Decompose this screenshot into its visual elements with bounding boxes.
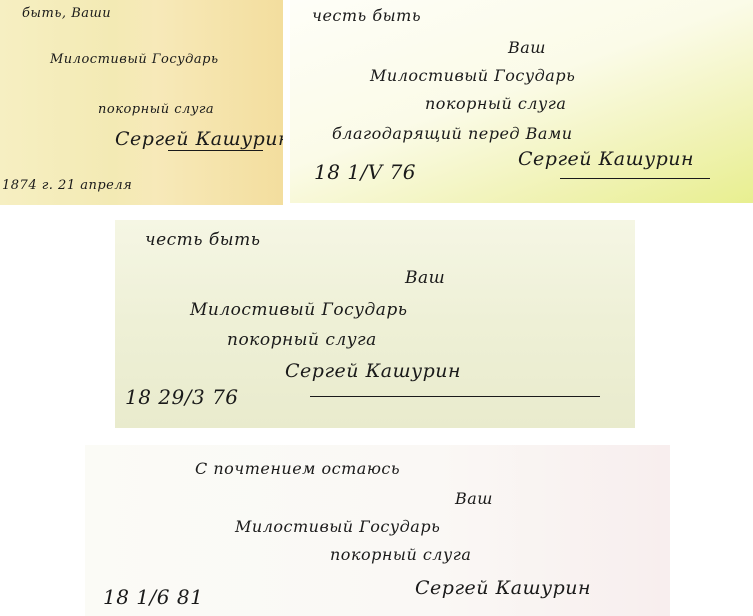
letter-fragment-4: С почтением остаюсь Ваш Милостивый Госуд… <box>85 445 670 616</box>
letter-fragment-1: быть, Ваши Милостивый Государь покорный … <box>0 0 283 205</box>
signature: Сергей Кашурин <box>285 360 461 382</box>
servant-line: покорный слуга <box>98 102 214 117</box>
salutation-line: Милостивый Государь <box>235 517 440 536</box>
date: 18 1/V 76 <box>314 160 416 184</box>
servant-line: покорный слуга <box>227 330 377 350</box>
signature-underline <box>560 178 710 179</box>
closing-line: честь быть <box>312 6 421 25</box>
signature-underline <box>168 150 263 151</box>
signature-underline <box>310 396 600 397</box>
letter-fragment-2: честь быть Ваш Милостивый Государь покор… <box>290 0 753 203</box>
salutation-line: Милостивый Государь <box>190 300 408 320</box>
closing-line: Ваш <box>405 268 445 288</box>
salutation-line: Милостивый Государь <box>370 66 575 85</box>
date: 18 29/3 76 <box>125 385 239 409</box>
closing-line: быть, Ваши <box>22 6 111 21</box>
date: 1874 г. 21 апреля <box>2 178 132 193</box>
servant-line: покорный слуга <box>425 94 566 113</box>
closing-line: благодарящий перед Вами <box>332 124 573 143</box>
servant-line: покорный слуга <box>330 545 471 564</box>
closing-line: С почтением остаюсь <box>195 459 400 478</box>
closing-line: Ваш <box>455 489 493 508</box>
salutation-line: Милостивый Государь <box>50 52 219 67</box>
letter-fragment-3: честь быть Ваш Милостивый Государь покор… <box>115 220 635 428</box>
signature: Сергей Кашурин <box>518 148 694 170</box>
closing-line: честь быть <box>145 230 261 250</box>
date: 18 1/6 81 <box>103 585 203 609</box>
signature: Сергей Кашурин <box>415 577 591 599</box>
closing-line: Ваш <box>508 38 546 57</box>
signature: Сергей Кашурин <box>115 128 283 150</box>
